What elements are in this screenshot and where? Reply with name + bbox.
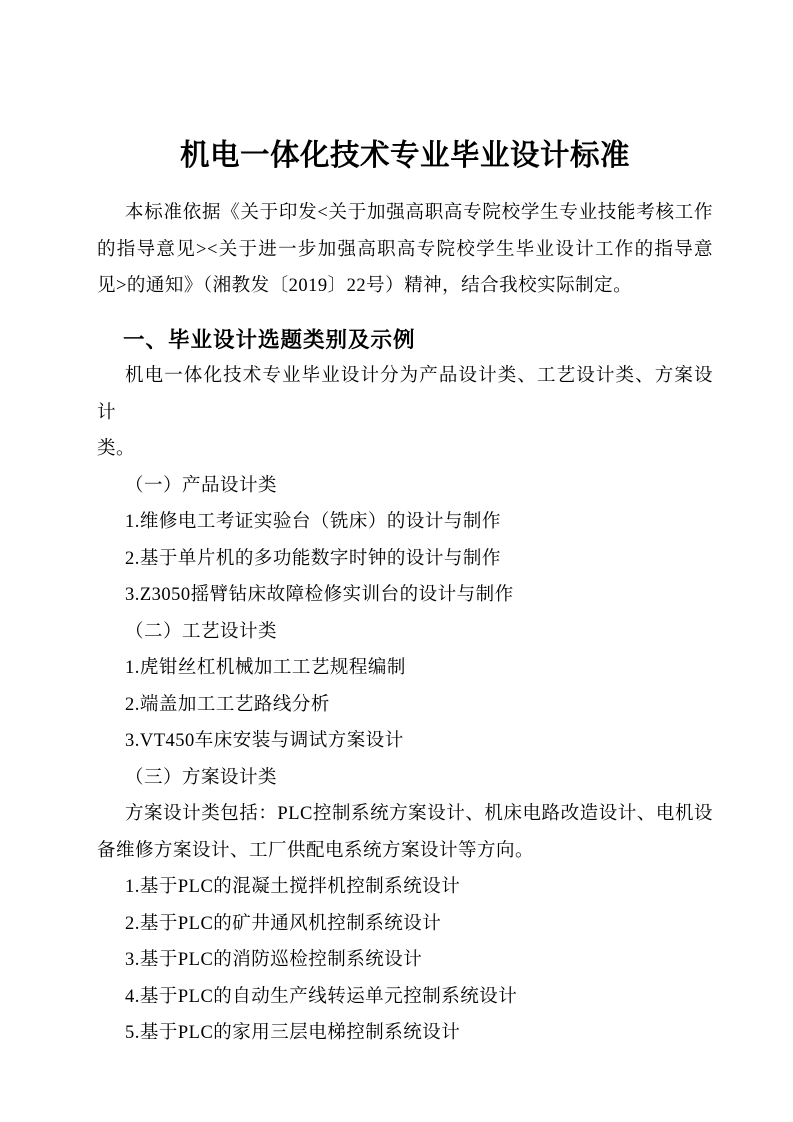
category-3-heading: （三）方案设计类 (97, 760, 713, 797)
category-2-item: 1.虎钳丝杠机械加工工艺规程编制 (97, 650, 713, 687)
category-3-item: 3.基于PLC的消防巡检控制系统设计 (97, 942, 713, 979)
document-page: 机电一体化技术专业毕业设计标准 本标准依据《关于印发<关于加强高职高专院校学生专… (0, 0, 793, 1122)
category-2-item: 2.端盖加工工艺路线分析 (97, 687, 713, 724)
category-3-item: 2.基于PLC的矿井通风机控制系统设计 (97, 906, 713, 943)
page-content: 机电一体化技术专业毕业设计标准 本标准依据《关于印发<关于加强高职高专院校学生专… (0, 0, 793, 1052)
document-title: 机电一体化技术专业毕业设计标准 (97, 137, 713, 174)
category-2-heading: （二）工艺设计类 (97, 614, 713, 651)
category-3-item: 4.基于PLC的自动生产线转运单元控制系统设计 (97, 979, 713, 1016)
category-1-item: 2.基于单片机的多功能数字时钟的设计与制作 (97, 541, 713, 578)
category-3-intro-line-2: 备维修方案设计、工厂供配电系统方案设计等方向。 (97, 833, 713, 870)
section-1-intro-line-1: 机电一体化技术专业毕业设计分为产品设计类、工艺设计类、方案设计 (97, 358, 713, 431)
category-3-item: 1.基于PLC的混凝土搅拌机控制系统设计 (97, 869, 713, 906)
category-1-item: 3.Z3050摇臂钻床故障检修实训台的设计与制作 (97, 577, 713, 614)
category-1-item: 1.维修电工考证实验台（铣床）的设计与制作 (97, 504, 713, 541)
category-1-heading: （一）产品设计类 (97, 468, 713, 505)
intro-paragraph-line-1: 本标准依据《关于印发<关于加强高职高专院校学生专业技能考核工作 (97, 195, 713, 232)
category-3-intro-line-1: 方案设计类包括：PLC控制系统方案设计、机床电路改造设计、电机设 (97, 796, 713, 833)
intro-paragraph-line-2: 的指导意见><关于进一步加强高职高专院校学生毕业设计工作的指导意 (97, 232, 713, 269)
category-2-item: 3.VT450车床安装与调试方案设计 (97, 723, 713, 760)
category-3-item: 5.基于PLC的家用三层电梯控制系统设计 (97, 1015, 713, 1052)
intro-paragraph-line-3: 见>的通知》（湘教发〔2019〕22号）精神，结合我校实际制定。 (97, 268, 713, 305)
section-1-heading: 一、毕业设计选题类别及示例 (97, 322, 713, 359)
section-1-intro-line-2: 类。 (97, 431, 713, 468)
